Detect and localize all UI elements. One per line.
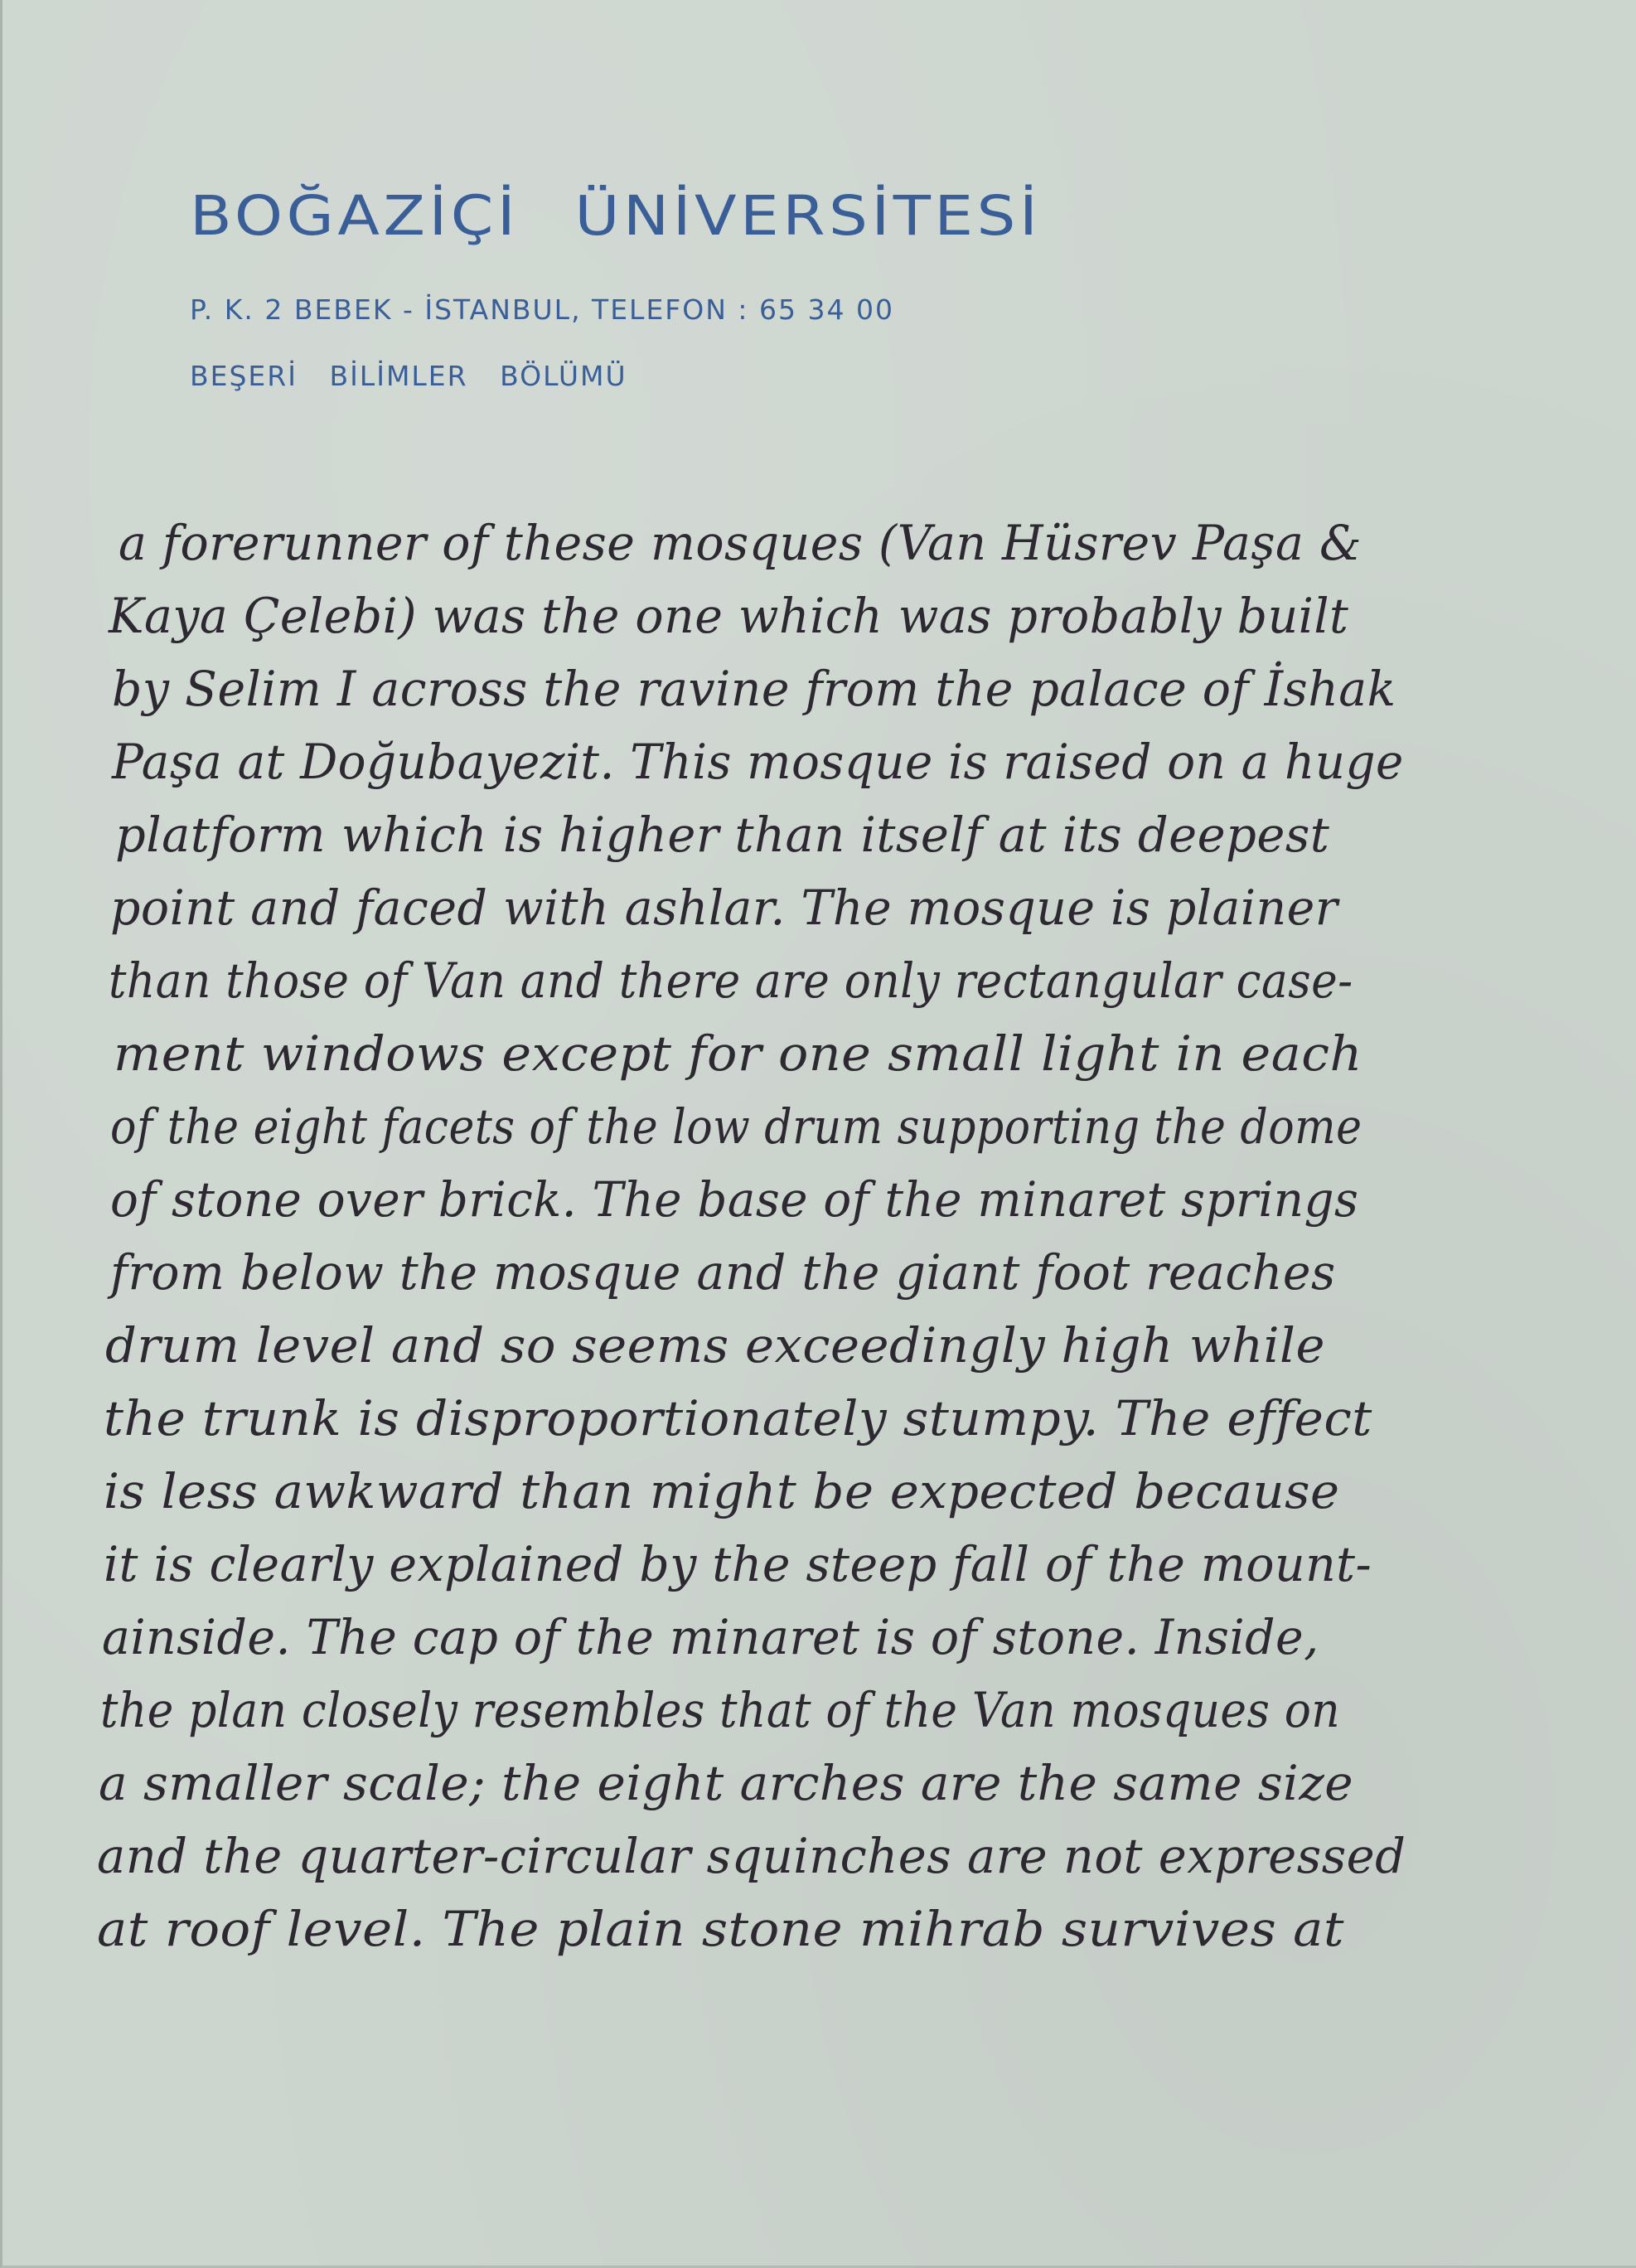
handwritten-line: ment windows except for one small light … [114,1016,1363,1091]
institution-name-word1: BOĞAZİÇİ [190,184,519,248]
handwritten-line: point and faced with ashlar. The mosque … [110,870,1338,945]
handwritten-line: and the quarter-circular squinches are n… [97,1819,1406,1893]
letter-page: BOĞAZİÇİÜNİVERSİTESİ P. K. 2 BEBEK - İST… [0,0,1636,2268]
handwritten-line: of the eight facets of the low drum supp… [110,1089,1362,1164]
letterhead: BOĞAZİÇİÜNİVERSİTESİ P. K. 2 BEBEK - İST… [190,189,950,244]
handwritten-line: drum level and so seems exceedingly high… [105,1308,1325,1383]
handwritten-line: a smaller scale; the eight arches are th… [99,1746,1353,1820]
handwritten-line: at roof level. The plain stone mihrab su… [97,1892,1344,1966]
handwritten-line: Kaya Çelebi) was the one which was proba… [109,579,1348,653]
institution-name: BOĞAZİÇİÜNİVERSİTESİ [190,189,1041,244]
handwritten-line: platform which is higher than itself at … [115,797,1329,872]
handwritten-line: it is clearly explained by the steep fal… [104,1527,1372,1602]
institution-name-word2: ÜNİVERSİTESİ [574,184,1041,248]
department-word: BİLİMLER [329,360,467,392]
letterhead-address: P. K. 2 BEBEK - İSTANBUL, TELEFON : 65 3… [190,293,894,326]
handwritten-line: is less awkward than might be expected b… [104,1454,1340,1529]
department-word: BÖLÜMÜ [500,360,627,392]
handwritten-line: Paşa at Doğubayezit. This mosque is rais… [112,724,1404,799]
handwritten-line: of stone over brick. The base of the min… [110,1162,1358,1237]
handwritten-line: than those of Van and there are only rec… [109,943,1353,1018]
handwritten-line: ainside. The cap of the minaret is of st… [102,1600,1319,1674]
department-name: BEŞERİ BİLİMLER BÖLÜMÜ [190,360,649,392]
handwritten-line: a forerunner of these mosques (Van Hüsre… [119,506,1362,580]
handwritten-line: the plan closely resembles that of the V… [100,1673,1340,1747]
handwritten-line: from below the mosque and the giant foot… [110,1235,1336,1310]
handwritten-line: by Selim I across the ravine from the pa… [112,652,1396,726]
department-word: BEŞERİ [190,360,298,392]
handwritten-line: the trunk is disproportionately stumpy. … [104,1381,1372,1456]
